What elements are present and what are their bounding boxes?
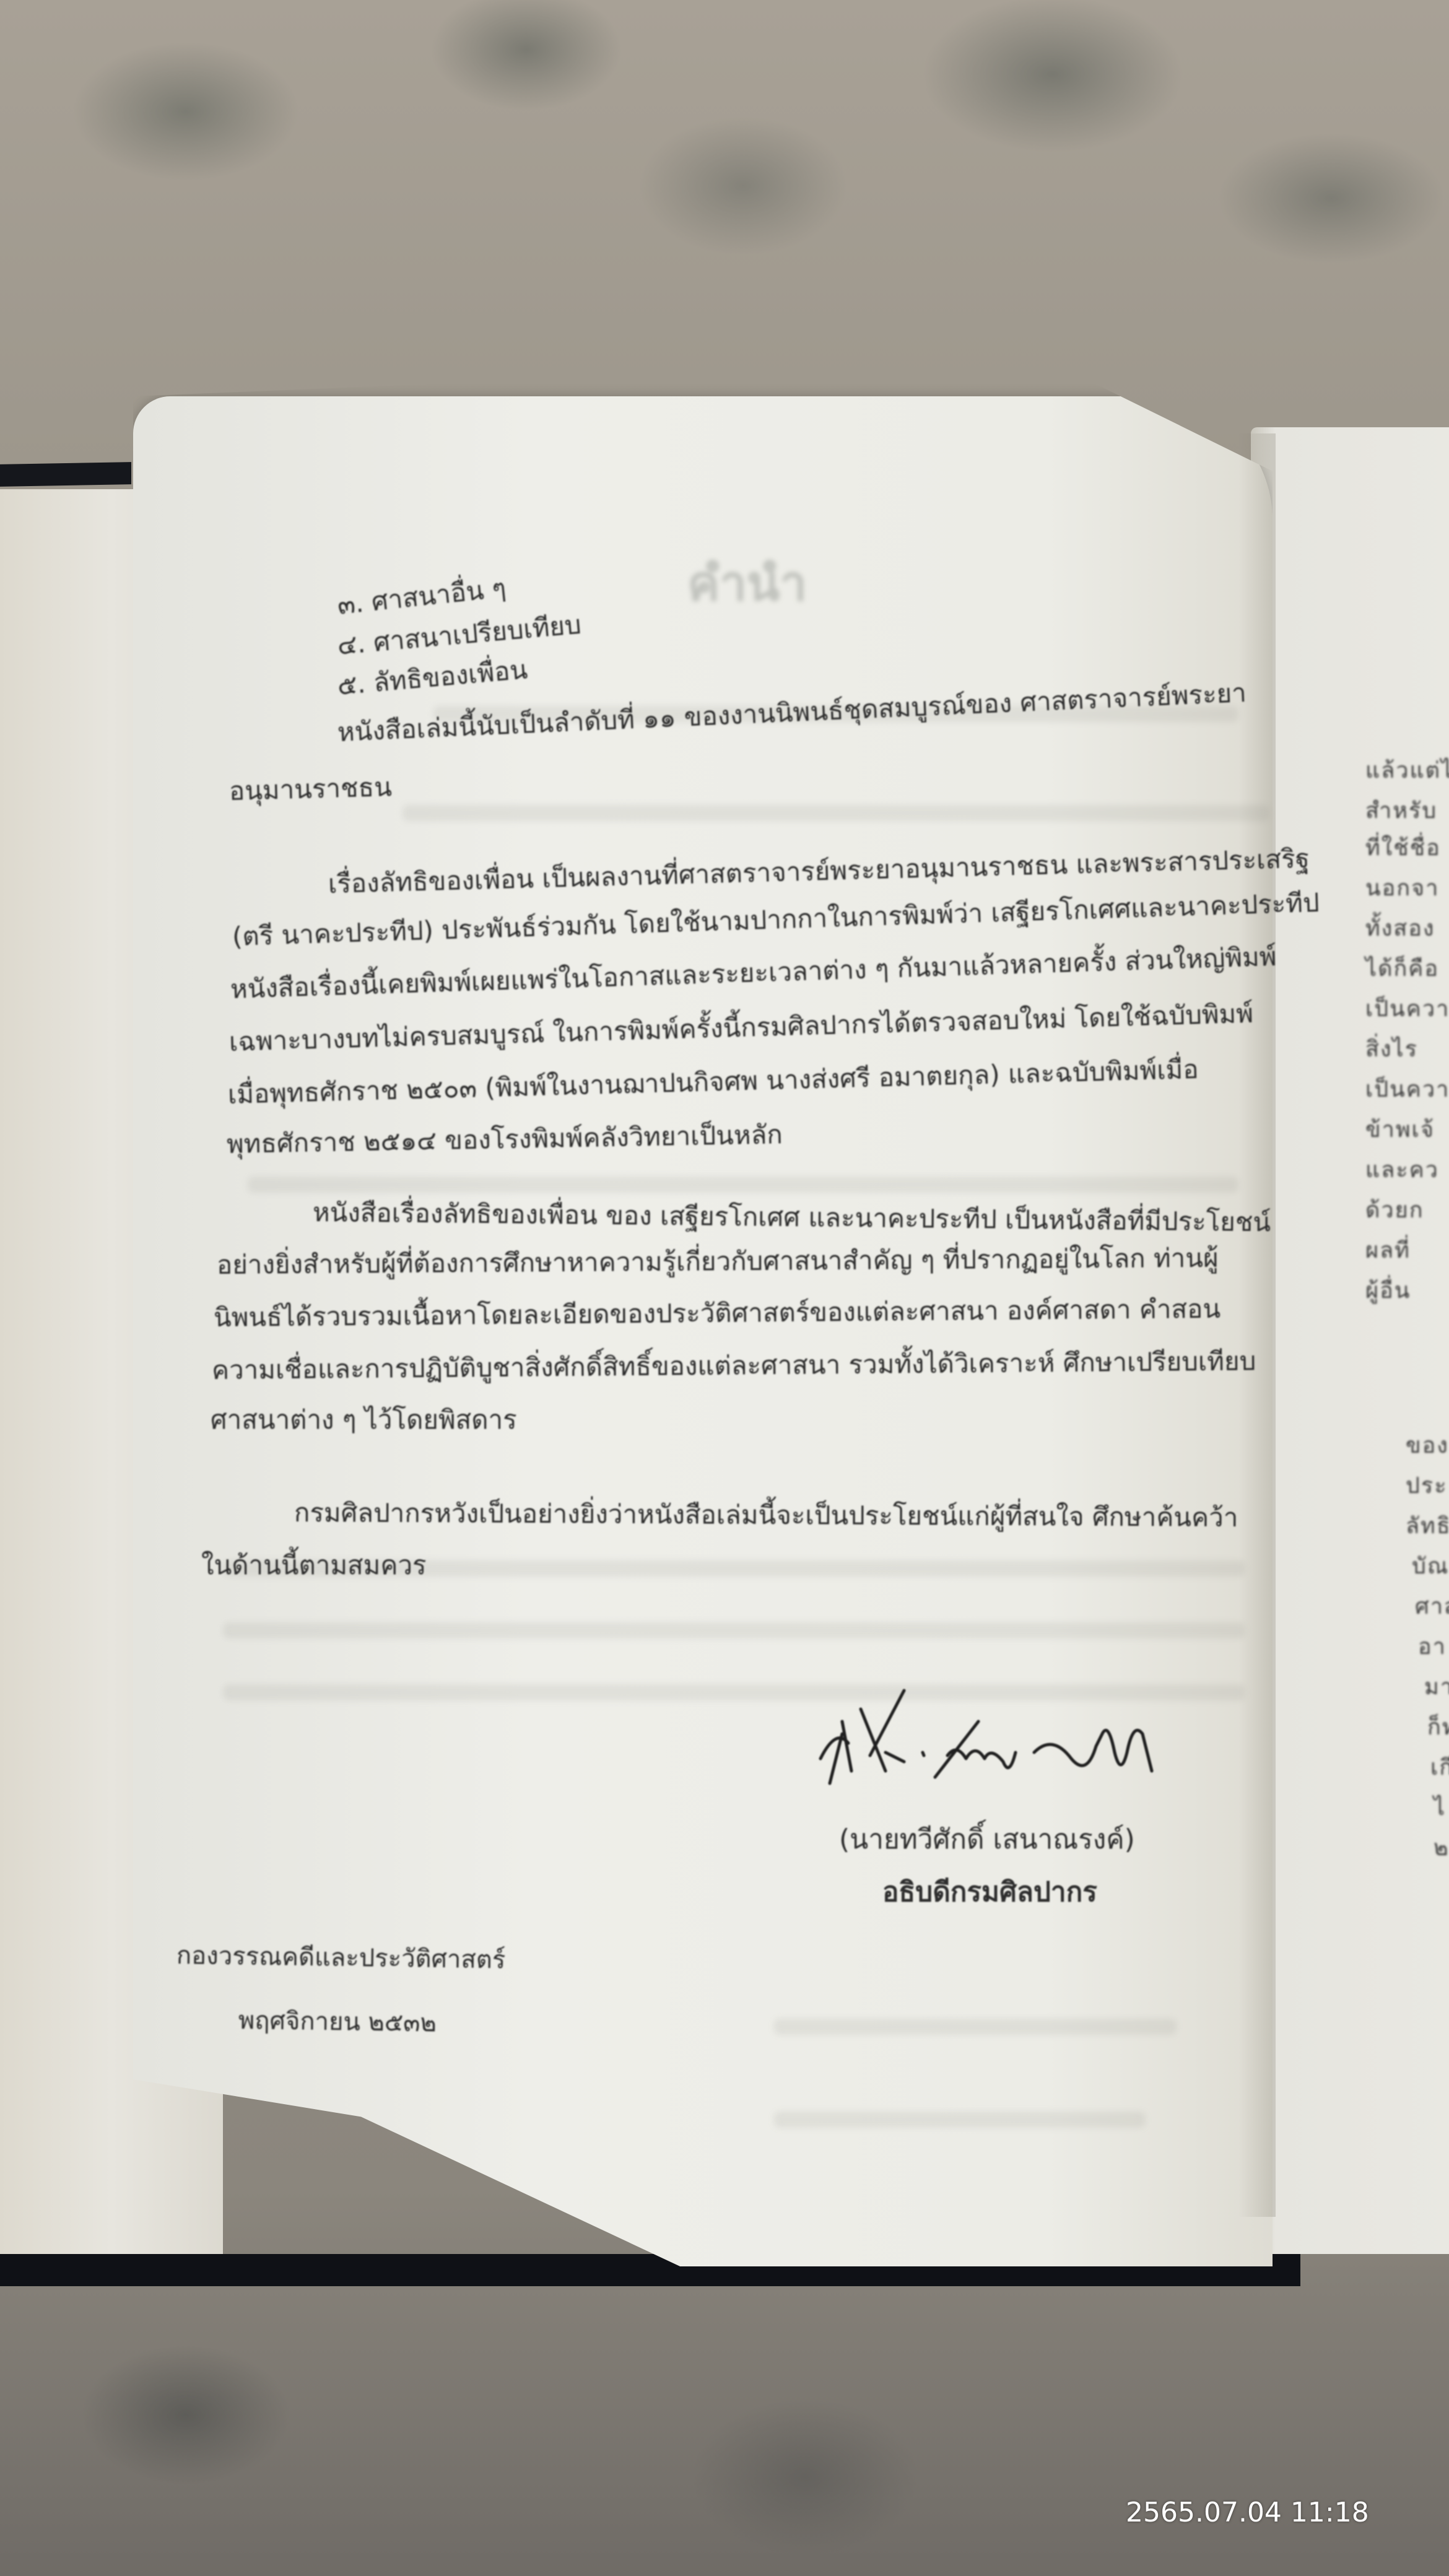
right-page-line: มา	[1424, 1669, 1449, 1704]
right-page-line: ศาส	[1415, 1588, 1449, 1624]
right-page-line: สิ่งไร	[1365, 1031, 1418, 1066]
right-page-line: สำหรับ	[1365, 793, 1437, 828]
right-page-line: ประ	[1406, 1468, 1448, 1503]
paragraph-2-line: หนังสือเรื่องลัทธิของเพื่อน ของ เสฐียรโก…	[313, 1192, 1271, 1243]
handwritten-signature	[805, 1684, 1226, 1790]
right-page-line: เป็นควา	[1365, 991, 1449, 1026]
right-page-line: และคว	[1365, 1152, 1439, 1187]
right-page-line: ผู้อื่น	[1365, 1273, 1411, 1308]
right-page-line: นอกจา	[1365, 870, 1439, 905]
signatory-name: (นายทวีศักดิ์ เสนาณรงค์)	[839, 1817, 1135, 1861]
paragraph-2-line: ศาสนาต่าง ๆ ไว้โดยพิสดาร	[211, 1399, 517, 1440]
right-page-line: เกี	[1430, 1749, 1449, 1785]
right-page-line: ที่ใช้ชื่อ	[1365, 830, 1441, 865]
intro-line: อนุมานราชธน	[228, 767, 393, 812]
photo-timestamp: 2565.07.04 11:18	[1126, 2497, 1369, 2528]
right-page-line: ของ	[1406, 1427, 1449, 1463]
paragraph-2-line: ความเชื่อและการปฏิบัติบูชาสิ่งศักดิ์สิทธ…	[212, 1341, 1256, 1391]
paragraph-1-line: เมื่อพุทธศักราช ๒๕๐๓ (พิมพ์ในงานฌาปนกิจศ…	[227, 1049, 1199, 1115]
right-page-line: ๒	[1434, 1830, 1449, 1865]
footer-date: พฤศจิกายน ๒๕๓๒	[238, 2000, 437, 2042]
right-page-line: ทั้งสอง	[1365, 910, 1435, 946]
paragraph-1-line: พุทธศักราช ๒๕๑๔ ของโรงพิมพ์คลังวิทยาเป็น…	[226, 1114, 783, 1165]
signatory-title: อธิบดีกรมศิลปากร	[882, 1870, 1097, 1913]
right-page-line: ด้วยก	[1365, 1192, 1424, 1227]
footer-department: กองวรรณคดีและประวัติศาสตร์	[176, 1935, 506, 1979]
right-page-line: อา	[1418, 1629, 1447, 1664]
right-page-line: ได้ก็คือ	[1365, 951, 1439, 986]
right-page-line: แล้วแต่ไ	[1365, 752, 1449, 788]
paragraph-3-line: ในด้านนี้ตามสมควร	[201, 1545, 427, 1586]
right-page-line: ลัทธิ	[1406, 1508, 1449, 1543]
right-page-line: ก็ท	[1427, 1709, 1449, 1744]
paragraph-2-line: อย่างยิ่งสำหรับผู้ที่ต้องการศึกษาหาความร…	[217, 1238, 1219, 1286]
page-text: ๓. ศาสนาอื่น ๆ ๔. ศาสนาเปรียบเทียบ ๕. ลั…	[0, 0, 1449, 2576]
paragraph-2-line: นิพนธ์ได้รวบรวมเนื้อหาโดยละเอียดของประวั…	[214, 1289, 1221, 1338]
right-page-line: บัณ	[1412, 1548, 1449, 1583]
right-page-line: เป็นควา	[1365, 1071, 1449, 1107]
right-page-line: ไ	[1434, 1790, 1446, 1825]
paragraph-3-line: กรมศิลปากรหวังเป็นอย่างยิ่งว่าหนังสือเล่…	[294, 1492, 1238, 1538]
right-page-line: ข้าพเจ้	[1365, 1112, 1435, 1147]
right-page-line: ผลที่	[1365, 1232, 1411, 1268]
